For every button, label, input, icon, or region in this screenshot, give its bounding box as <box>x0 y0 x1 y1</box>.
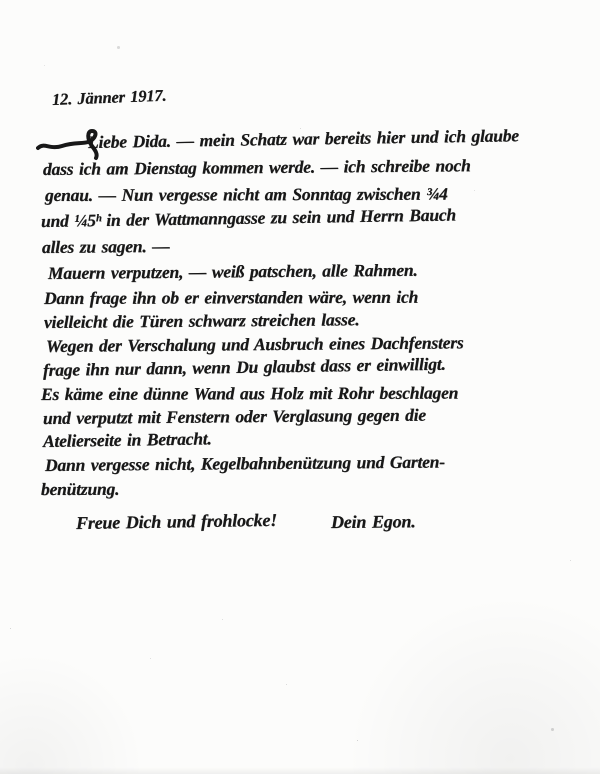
letter-line: alles zu sagen. — <box>42 236 170 258</box>
letter-closing: Freue Dich und frohlocke! <box>76 510 277 534</box>
letter-line: benützung. <box>41 479 119 500</box>
letter-line: und verputzt mit Fenstern oder Verglasun… <box>43 405 426 429</box>
letter-line: Dann vergesse nicht, Kegelbahnbenützung … <box>45 452 445 476</box>
letter-signature: Dein Egon. <box>331 511 416 533</box>
letter-line: und ¼5ʰ in der Wattmanngasse zu sein und… <box>41 204 456 232</box>
letter-line: Liebe Dida. — mein Schatz war bereits hi… <box>88 125 519 153</box>
letter-line: Atelierseite in Betracht. <box>43 428 212 452</box>
letter-line: dass ich am Dienstag kommen werde. — ich… <box>43 155 471 180</box>
letter-line: Dann frage ihn ob er einverstanden wäre,… <box>44 287 418 309</box>
letter-line: Mauern verputzen, — weiß patschen, alle … <box>48 260 418 284</box>
letter-line: vielleicht die Türen schwarz streichen l… <box>44 309 360 333</box>
letter-line: Wegen der Verschalung und Ausbruch eines… <box>46 332 464 357</box>
letter-date: 12. Jänner 1917. <box>52 86 167 110</box>
letter-line: frage ihn nur dann, wenn Du glaubst dass… <box>43 354 446 381</box>
paper-specks <box>0 0 1 1</box>
letter-line: genau. — Nun vergesse nicht am Sonntag z… <box>45 184 448 206</box>
letter-line: Es käme eine dünne Wand aus Holz mit Roh… <box>41 383 458 405</box>
letter-scan-page: 12. Jänner 1917. Liebe Dida. — mein Scha… <box>0 0 600 774</box>
